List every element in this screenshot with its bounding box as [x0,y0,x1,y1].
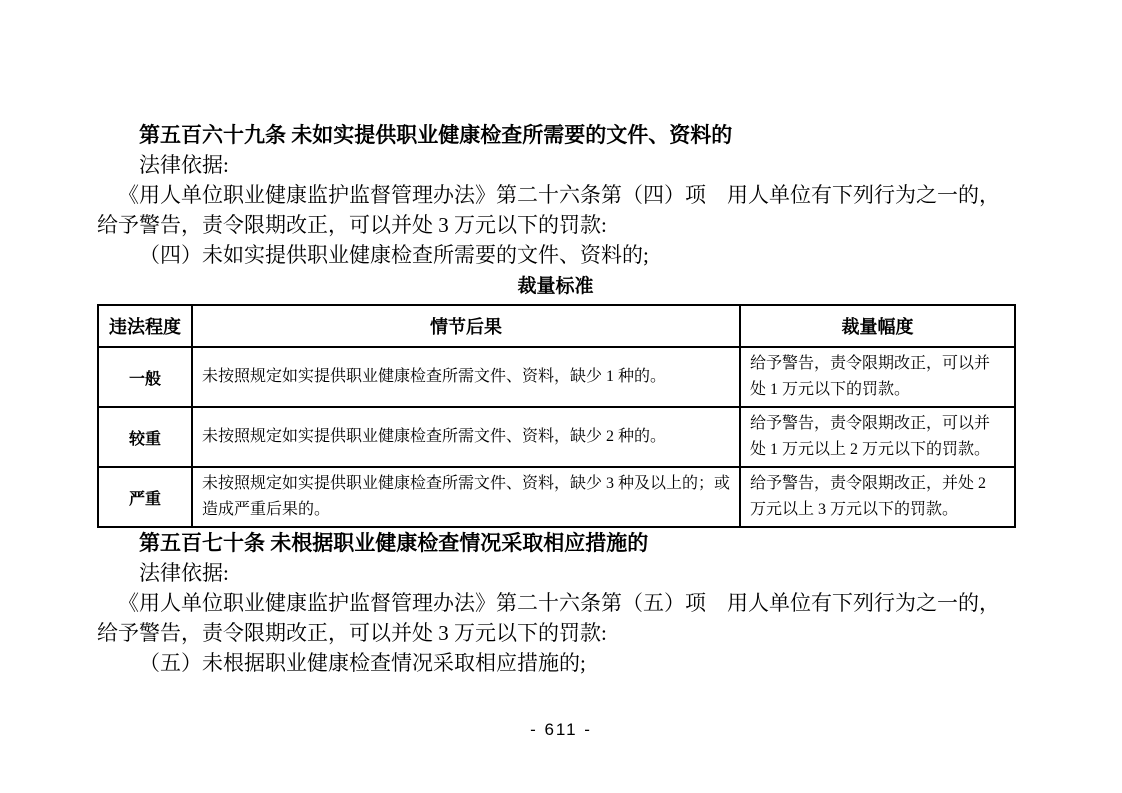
article-569-section: 第五百六十九条 未如实提供职业健康检查所需要的文件、资料的 法律依据: 《用人单… [97,120,1014,270]
discretion-cell: 给予警告，责令限期改正，可以并处 1 万元以下的罚款。 [740,347,1015,407]
discretion-cell: 给予警告，责令限期改正，可以并处 1 万元以上 2 万元以下的罚款。 [740,407,1015,467]
table-header-row: 违法程度 情节后果 裁量幅度 [98,305,1015,347]
page-number: - 611 - [0,718,1122,742]
column-header-violation-level: 违法程度 [98,305,192,347]
circumstance-cell: 未按照规定如实提供职业健康检查所需文件、资料，缺少 1 种的。 [192,347,740,407]
level-cell: 较重 [98,407,192,467]
legal-basis-label-2: 法律依据: [97,558,1014,588]
legal-basis-label-1: 法律依据: [97,150,1014,180]
discretion-standards-table: 违法程度 情节后果 裁量幅度 一般 未按照规定如实提供职业健康检查所需文件、资料… [97,304,1016,528]
legal-basis-text-2-line-1: 《用人单位职业健康监护监督管理办法》第二十六条第（五）项 用人单位有下列行为之一… [97,588,1014,618]
article-569-heading: 第五百六十九条 未如实提供职业健康检查所需要的文件、资料的 [97,120,1014,150]
article-570-heading: 第五百七十条 未根据职业健康检查情况采取相应措施的 [97,528,1014,558]
table-row: 一般 未按照规定如实提供职业健康检查所需文件、资料，缺少 1 种的。 给予警告，… [98,347,1015,407]
column-header-discretion-range: 裁量幅度 [740,305,1015,347]
legal-basis-text-2-line-2: 给予警告，责令限期改正，可以并处 3 万元以下的罚款: [97,618,1014,648]
level-cell: 严重 [98,467,192,527]
item-four-line: （四）未如实提供职业健康检查所需要的文件、资料的; [97,240,1014,270]
circumstance-cell: 未按照规定如实提供职业健康检查所需文件、资料，缺少 2 种的。 [192,407,740,467]
legal-basis-text-1-line-1: 《用人单位职业健康监护监督管理办法》第二十六条第（四）项 用人单位有下列行为之一… [97,180,1014,210]
item-five-line: （五）未根据职业健康检查情况采取相应措施的; [97,648,1014,678]
page-content: 第五百六十九条 未如实提供职业健康检查所需要的文件、资料的 法律依据: 《用人单… [97,120,1014,678]
discretion-cell: 给予警告，责令限期改正，并处 2 万元以上 3 万元以下的罚款。 [740,467,1015,527]
level-cell: 一般 [98,347,192,407]
document-page: 第五百六十九条 未如实提供职业健康检查所需要的文件、资料的 法律依据: 《用人单… [0,0,1122,793]
article-570-section: 第五百七十条 未根据职业健康检查情况采取相应措施的 法律依据: 《用人单位职业健… [97,528,1014,678]
circumstance-cell: 未按照规定如实提供职业健康检查所需文件、资料，缺少 3 种及以上的；或造成严重后… [192,467,740,527]
table-row: 较重 未按照规定如实提供职业健康检查所需文件、资料，缺少 2 种的。 给予警告，… [98,407,1015,467]
legal-basis-text-1-line-2: 给予警告，责令限期改正，可以并处 3 万元以下的罚款: [97,210,1014,240]
column-header-circumstance: 情节后果 [192,305,740,347]
table-row: 严重 未按照规定如实提供职业健康检查所需文件、资料，缺少 3 种及以上的；或造成… [98,467,1015,527]
discretion-table-title: 裁量标准 [97,270,1014,304]
